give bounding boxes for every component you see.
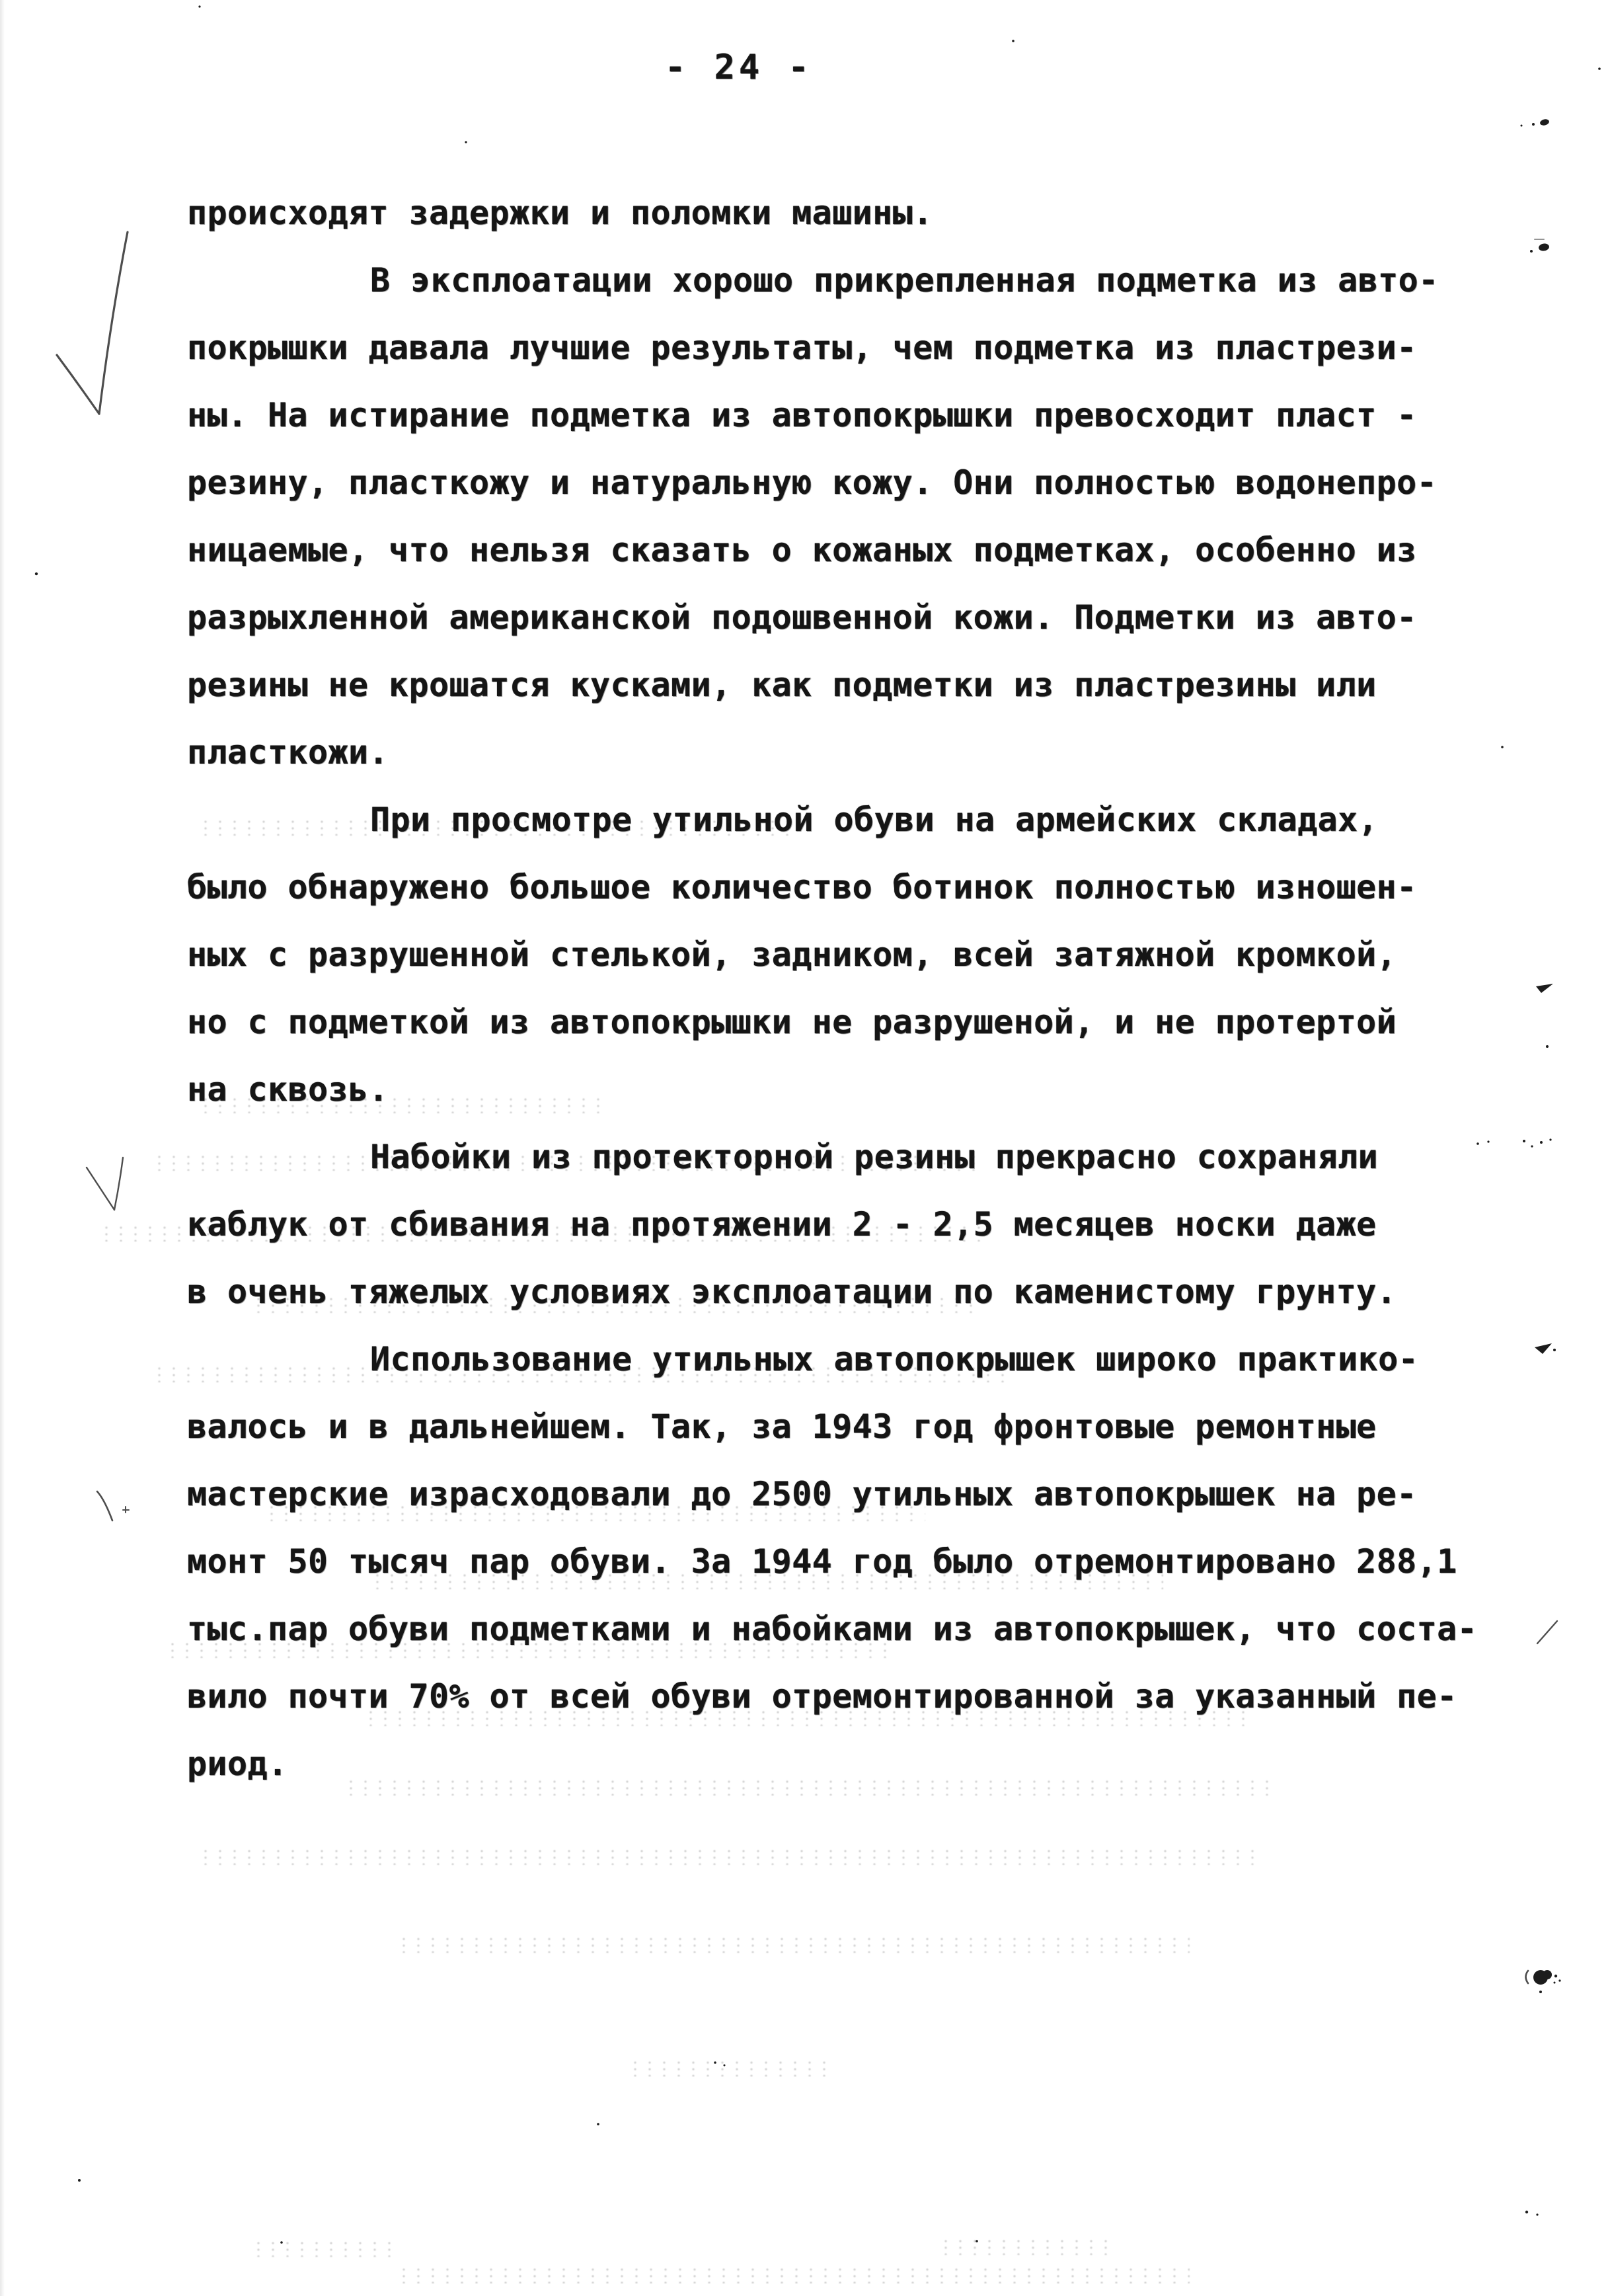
scan-noise-row [165, 1641, 892, 1658]
ink-speck [1487, 1140, 1489, 1142]
scan-noise-row [397, 1936, 1190, 1953]
ink-speck [198, 5, 200, 7]
text-line: покрышки давала лучшие результаты, чем п… [187, 329, 1463, 396]
pen-cross-speck [123, 1507, 129, 1513]
ink-speck [1540, 1141, 1543, 1144]
scan-noise-row [364, 1709, 1256, 1726]
text-line: резины не крошатся кусками, как подметки… [187, 666, 1463, 733]
document-page: - 24 - происходят задержки и поломки маш… [0, 0, 1610, 2296]
ink-blot [1533, 1970, 1548, 1985]
text-line: происходят задержки и поломки машины. [187, 194, 1463, 261]
ink-speck [1532, 123, 1535, 126]
scan-noise-row [628, 2059, 826, 2077]
pen-stroke [1537, 1621, 1557, 1643]
text-line: разрыхленной американской подошвенной ко… [187, 598, 1463, 666]
pen-stroke [97, 1491, 112, 1521]
scan-noise-row [264, 1504, 925, 1521]
ink-speck [1525, 2211, 1528, 2213]
text-line: Набойки из протекторной резины прекрасно… [187, 1138, 1463, 1205]
ink-blob [1538, 243, 1550, 252]
ink-arrow-blob [1535, 1343, 1552, 1354]
typewritten-text-block: происходят задержки и поломки машины. В … [187, 194, 1463, 1812]
ink-speck [1598, 67, 1601, 70]
ink-speck [1501, 746, 1504, 748]
scan-noise-row [344, 1778, 1269, 1796]
text-line: было обнаружено большое количество ботин… [187, 868, 1463, 935]
ink-arrow-blob [1536, 984, 1553, 993]
ink-speck [35, 573, 38, 575]
ink-speck [1546, 1045, 1549, 1048]
ink-speck [1536, 2213, 1538, 2215]
ink-speck [1530, 250, 1533, 253]
page-number: - 24 - [665, 48, 813, 87]
ink-speck [1476, 1142, 1479, 1145]
scan-noise-row [99, 1224, 991, 1242]
scanner-edge-shadow [0, 0, 5, 2296]
scan-noise-row [370, 1572, 1163, 1589]
text-line: ны. На истирание подметка из автопокрышк… [187, 396, 1463, 463]
ink-speck [1531, 1145, 1533, 1147]
ink-speck [1521, 125, 1523, 127]
pen-checkmark-small [87, 1168, 114, 1210]
scan-noise-row [939, 2238, 1110, 2255]
ink-blob [1539, 118, 1550, 126]
ink-speck [597, 2123, 599, 2125]
ink-speck [1554, 1982, 1556, 1984]
scan-noise-row [397, 2266, 1190, 2283]
ink-paren-mark [1526, 1971, 1529, 1983]
scan-noise-row [198, 1848, 1256, 1865]
ink-speck [1549, 1138, 1551, 1140]
text-line: резину, пласткожу и натуральную кожу. Он… [187, 463, 1463, 531]
ink-blot [1543, 1970, 1552, 1979]
text-line: ных с разрушенной стелькой, задником, вс… [187, 935, 1463, 1003]
scan-noise-row [251, 1296, 978, 1313]
pen-checkmark-small [114, 1158, 123, 1210]
scan-noise-row [152, 1154, 978, 1171]
text-line: ницаемые, что нельзя сказать о кожаных п… [187, 531, 1463, 598]
scan-noise-row [152, 1365, 1011, 1382]
ink-speck [1553, 1349, 1556, 1351]
ink-speck [1539, 1991, 1542, 1993]
ink-speck [1012, 40, 1015, 42]
pen-checkmark [57, 355, 99, 414]
ink-speck [1558, 1979, 1560, 1981]
ink-speck [1554, 1975, 1557, 1977]
scan-noise-row [198, 1096, 608, 1113]
text-line: но с подметкой из автопокрышки не разруш… [187, 1003, 1463, 1070]
text-line: В эксплоатации хорошо прикрепленная подм… [187, 261, 1463, 329]
pen-checkmark [99, 232, 128, 414]
text-line: пласткожи. [187, 733, 1463, 801]
text-line: валось и в дальнейшем. Так, за 1943 год … [187, 1407, 1463, 1475]
scan-noise-row [251, 2240, 397, 2257]
ink-speck [465, 141, 467, 143]
ink-speck [1523, 1140, 1525, 1142]
ink-speck [78, 2179, 81, 2182]
scan-noise-row [198, 818, 793, 836]
